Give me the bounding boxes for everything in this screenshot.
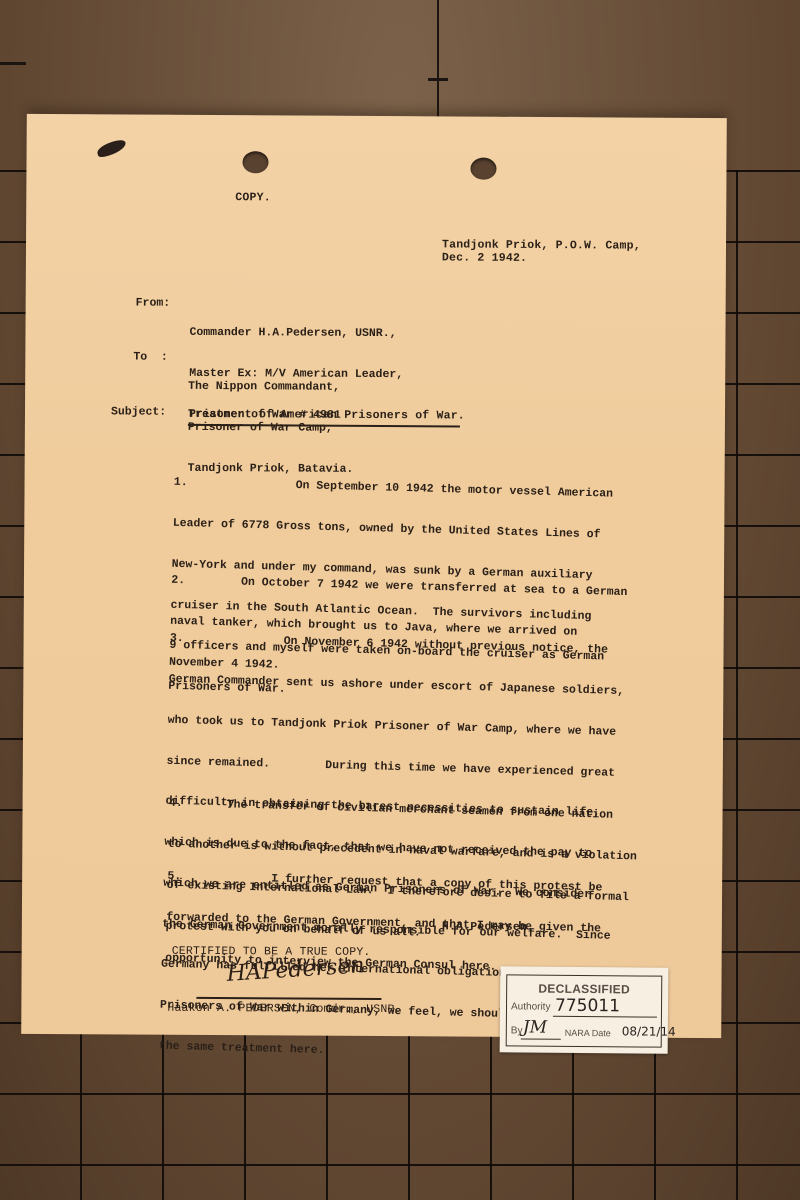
by-line bbox=[521, 1038, 561, 1039]
paragraph-number: 1. bbox=[174, 476, 188, 489]
paragraph-number: 2. bbox=[171, 574, 185, 587]
paragraph-number: 4. bbox=[169, 797, 183, 810]
subject-label: Subject: bbox=[111, 405, 166, 418]
closing-name: H.A.Pedersen. bbox=[442, 920, 534, 934]
paragraph-number: 5. bbox=[167, 870, 181, 883]
declassified-stamp: DECLASSIFIED Authority 775011 By JM NARA… bbox=[500, 966, 669, 1053]
signer-line: Haakon A. PEDERSEN, Comdr., USNR. bbox=[167, 1002, 401, 1017]
stamp-border: DECLASSIFIED Authority 775011 By JM NARA… bbox=[506, 974, 663, 1047]
from-line: Commander H.A.Pedersen, USNR., bbox=[189, 326, 403, 341]
stamp-title: DECLASSIFIED bbox=[507, 981, 661, 996]
by-label: By bbox=[511, 1025, 523, 1036]
subject-text: Treatment of American Prisoners of War. bbox=[188, 408, 465, 423]
paragraph-number: 3. bbox=[170, 632, 184, 645]
grid-center-line bbox=[437, 0, 439, 125]
punch-hole bbox=[470, 158, 496, 180]
punch-hole bbox=[242, 151, 268, 173]
ink-blot bbox=[95, 138, 127, 159]
authority-line bbox=[553, 1016, 657, 1018]
grid-tick bbox=[428, 78, 448, 81]
grid-tick bbox=[0, 62, 26, 65]
authority-label: Authority bbox=[511, 1001, 551, 1012]
date-line: Dec. 2 1942. bbox=[442, 251, 527, 265]
copy-label: COPY. bbox=[235, 191, 271, 205]
document-page: COPY. Tandjonk Priok, P.O.W. Camp, Dec. … bbox=[21, 114, 727, 1038]
to-label: To : bbox=[133, 351, 168, 364]
date-value: 08/21/14 bbox=[622, 1024, 676, 1038]
by-initials: JM bbox=[523, 1017, 547, 1037]
to-line: The Nippon Commandant, bbox=[188, 380, 354, 395]
from-label: From: bbox=[136, 297, 171, 310]
date-label: NARA Date bbox=[565, 1028, 611, 1038]
authority-value: 775011 bbox=[555, 996, 620, 1017]
